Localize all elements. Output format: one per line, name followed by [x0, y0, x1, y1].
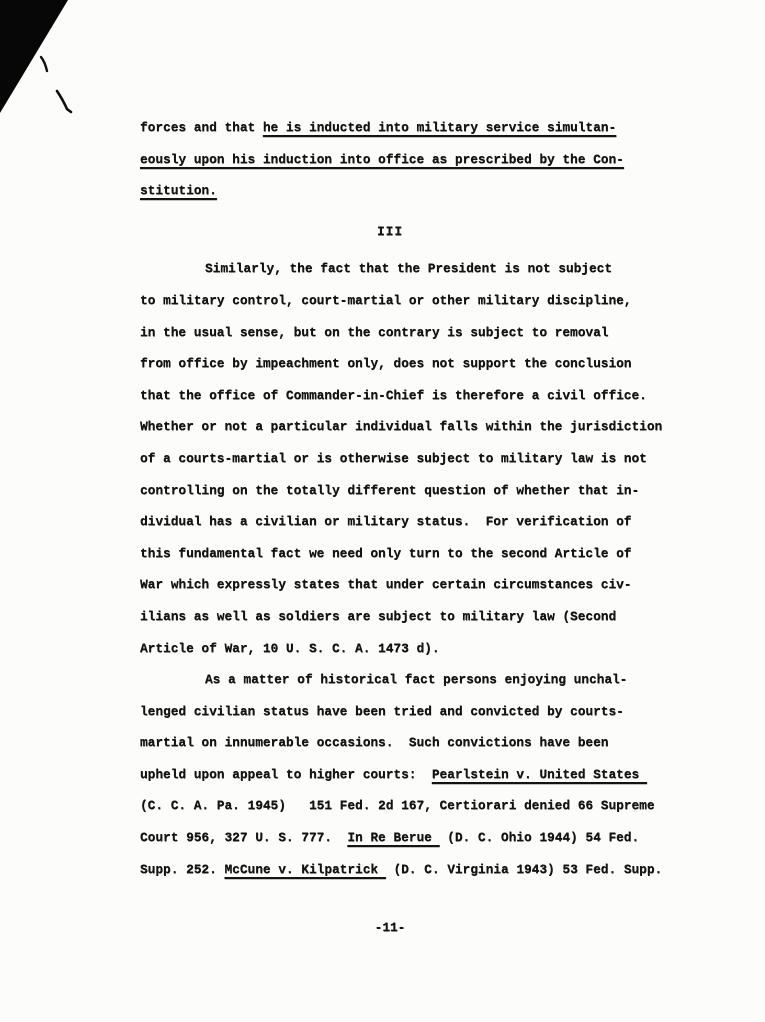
text-line: forces and that he is inducted into mili…: [140, 112, 640, 144]
page-number: -11-: [140, 920, 640, 935]
text-segment: (D. C. Ohio 1944) 54 Fed.: [440, 830, 640, 845]
text-line: of a courts-martial or is otherwise subj…: [140, 443, 640, 475]
text-line: (C. C. A. Pa. 1945) 151 Fed. 2d 167, Cer…: [140, 790, 640, 822]
text-segment: of a courts-martial or is otherwise subj…: [140, 451, 647, 466]
text-line: lenged civilian status have been tried a…: [140, 696, 640, 728]
underlined-text: stitution.: [140, 183, 217, 198]
underlined-text: Pearlstein v. United States: [432, 767, 647, 782]
text-segment: Whether or not a particular individual f…: [140, 419, 662, 434]
underlined-text: McCune v. Kilpatrick: [224, 862, 385, 877]
text-segment: (D. C. Virginia 1943) 53 Fed. Supp.: [386, 862, 662, 877]
text-segment: Court 956, 327 U. S. 777.: [140, 830, 347, 845]
text-segment: Article of War, 10 U. S. C. A. 1473 d).: [140, 641, 440, 656]
text-line: stitution.: [140, 175, 640, 207]
text-line: to military control, court-martial or ot…: [140, 285, 640, 317]
text-segment: martial on innumerable occasions. Such c…: [140, 735, 608, 750]
underlined-text: eously upon his induction into office as…: [140, 152, 624, 167]
text-segment: dividual has a civilian or military stat…: [140, 514, 631, 529]
text-segment: (C. C. A. Pa. 1945) 151 Fed. 2d 167, Cer…: [140, 798, 655, 813]
text-line: ilians as well as soldiers are subject t…: [140, 601, 640, 633]
section-heading: III: [140, 216, 640, 248]
text-line: in the usual sense, but on the contrary …: [140, 317, 640, 349]
text-line: Similarly, the fact that the President i…: [140, 253, 640, 285]
pen-marks: [28, 48, 88, 128]
text-line: eously upon his induction into office as…: [140, 144, 640, 176]
text-line: War which expressly states that under ce…: [140, 569, 640, 601]
text-line: that the office of Commander-in-Chief is…: [140, 380, 640, 412]
text-segment: to military control, court-martial or ot…: [140, 293, 631, 308]
text-segment: that the office of Commander-in-Chief is…: [140, 388, 647, 403]
text-segment: Supp. 252.: [140, 862, 224, 877]
text-line: controlling on the totally different que…: [140, 475, 640, 507]
underlined-text: In Re Berue: [347, 830, 439, 845]
text-segment: forces and that: [140, 120, 263, 135]
text-line: Whether or not a particular individual f…: [140, 411, 640, 443]
text-line: As a matter of historical fact persons e…: [140, 664, 640, 696]
text-line: martial on innumerable occasions. Such c…: [140, 727, 640, 759]
text-line: Article of War, 10 U. S. C. A. 1473 d).: [140, 633, 640, 665]
text-segment: this fundamental fact we need only turn …: [140, 546, 631, 561]
document-body: forces and that he is inducted into mili…: [140, 112, 640, 885]
text-segment: ilians as well as soldiers are subject t…: [140, 609, 616, 624]
text-segment: upheld upon appeal to higher courts:: [140, 767, 432, 782]
text-line: from office by impeachment only, does no…: [140, 348, 640, 380]
text-line: dividual has a civilian or military stat…: [140, 506, 640, 538]
text-segment: As a matter of historical fact persons e…: [205, 672, 627, 687]
text-segment: controlling on the totally different que…: [140, 483, 639, 498]
pen-tick-mark-2: [57, 91, 71, 112]
text-line: Court 956, 327 U. S. 777. In Re Berue (D…: [140, 822, 640, 854]
text-line: upheld upon appeal to higher courts: Pea…: [140, 759, 640, 791]
text-segment: War which expressly states that under ce…: [140, 577, 631, 592]
text-segment: lenged civilian status have been tried a…: [140, 704, 624, 719]
text-segment: Similarly, the fact that the President i…: [205, 261, 612, 276]
pen-tick-mark-1: [41, 57, 47, 71]
document-page: forces and that he is inducted into mili…: [0, 0, 765, 1022]
text-segment: from office by impeachment only, does no…: [140, 356, 631, 371]
text-line: Supp. 252. McCune v. Kilpatrick (D. C. V…: [140, 854, 640, 886]
underlined-text: he is inducted into military service sim…: [263, 120, 616, 135]
text-segment: in the usual sense, but on the contrary …: [140, 325, 608, 340]
text-line: this fundamental fact we need only turn …: [140, 538, 640, 570]
